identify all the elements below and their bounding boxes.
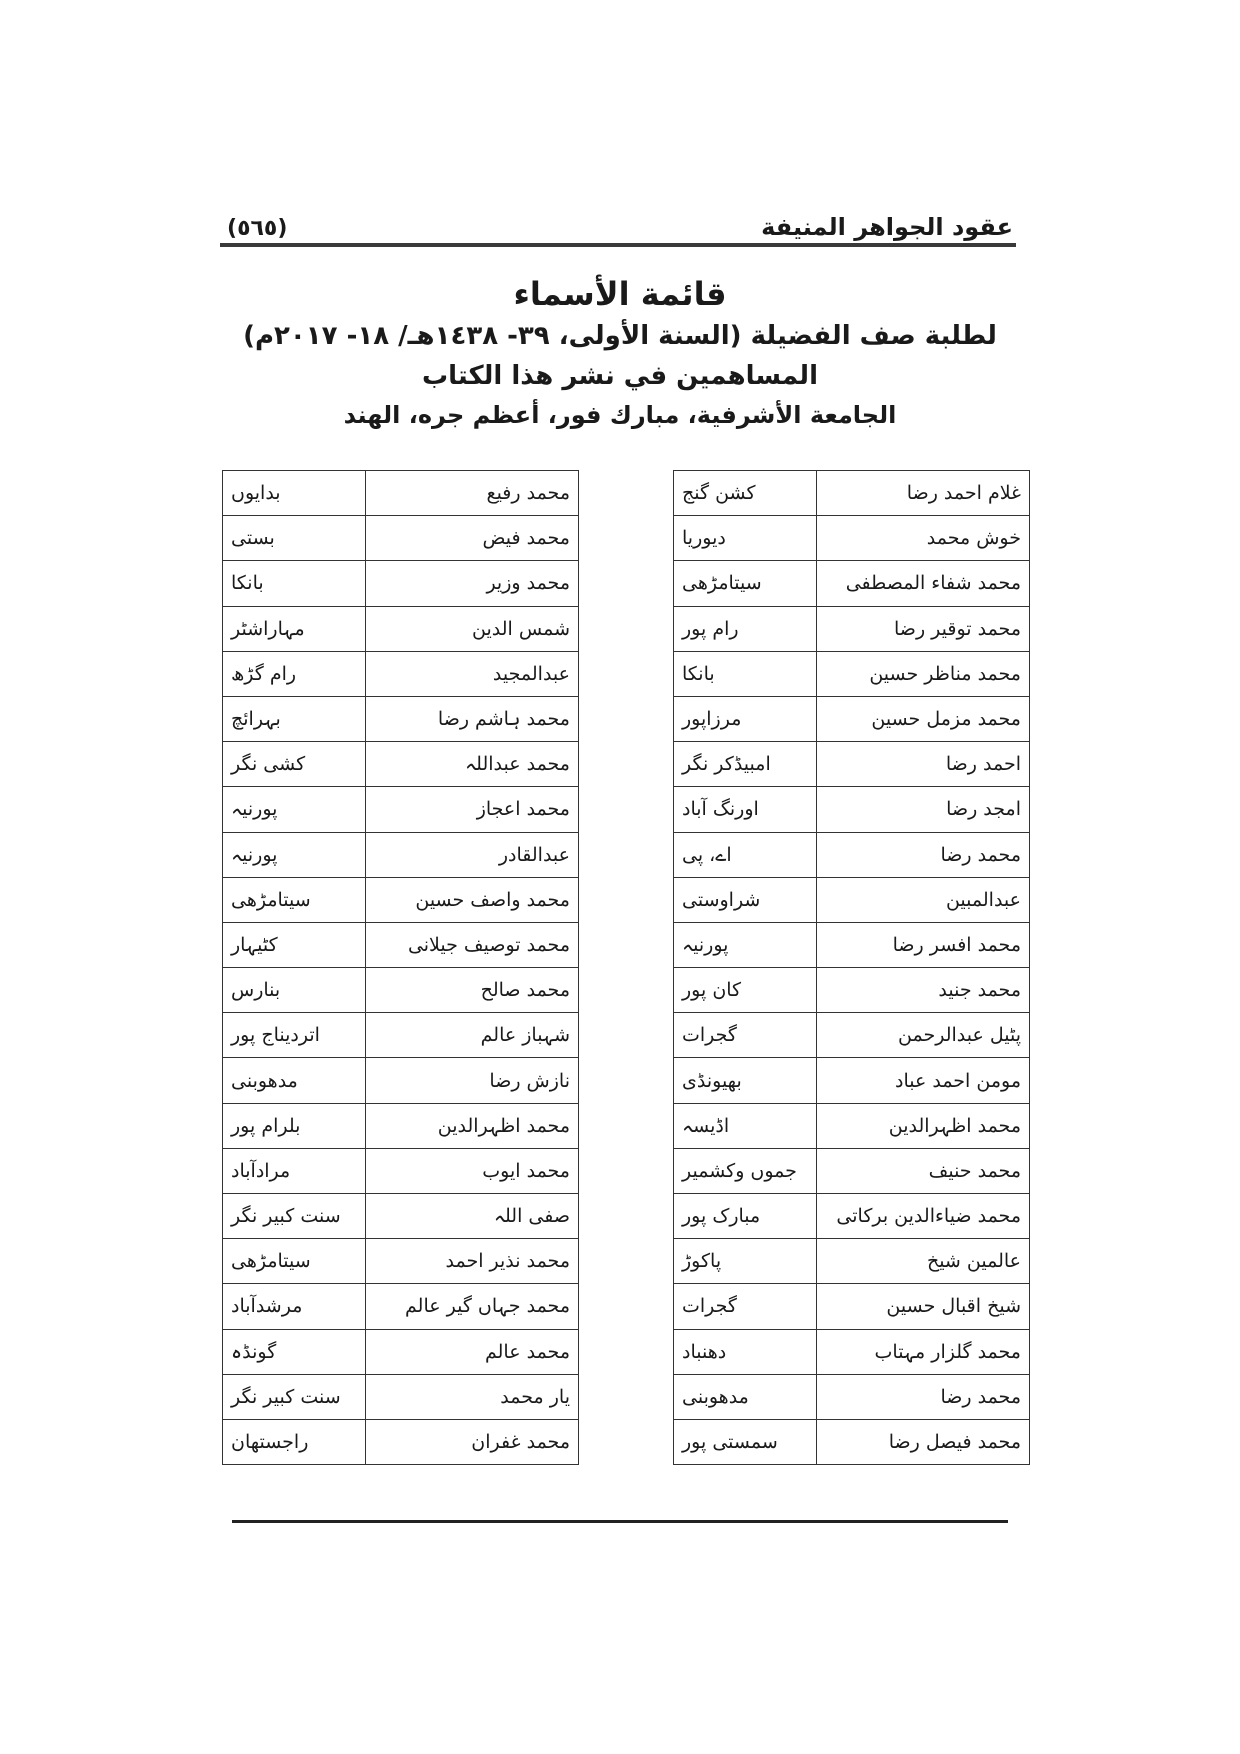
table-row: محمد توقیر رضارام پور: [674, 606, 1030, 651]
table-row: امجد رضااورنگ آباد: [674, 787, 1030, 832]
table-row: نازش رضامدھوبنی: [223, 1058, 579, 1103]
place-cell: کٹیہار: [223, 922, 366, 967]
student-name-cell: محمد صالح: [366, 968, 579, 1013]
student-name-cell: محمد ایوب: [366, 1148, 579, 1193]
place-cell: راجستھان: [223, 1419, 366, 1464]
table-row: عالمین شیخپاکوڑ: [674, 1239, 1030, 1284]
names-table-left-body: محمد رفیعبدایوںمحمد فیضبستیمحمد وزیربانک…: [223, 471, 579, 1465]
student-name-cell: محمد مناظر حسین: [817, 651, 1030, 696]
place-cell: پاکوڑ: [674, 1239, 817, 1284]
student-name-cell: محمد افسر رضا: [817, 922, 1030, 967]
place-cell: سنت کبیر نگر: [223, 1194, 366, 1239]
header-divider: [220, 243, 1016, 247]
student-name-cell: شیخ اقبال حسین: [817, 1284, 1030, 1329]
names-table-right-body: غلام احمد رضاکشن گنجخوش محمددیوریامحمد ش…: [674, 471, 1030, 1465]
table-row: محمد شفاء المصطفیسیتامڑھی: [674, 561, 1030, 606]
student-name-cell: محمد عبداللہ: [366, 742, 579, 787]
title-block: قائمة الأسماء لطلبة صف الفضيلة (السنة ال…: [200, 272, 1040, 434]
student-name-cell: محمد واصف حسین: [366, 877, 579, 922]
place-cell: بلرام پور: [223, 1103, 366, 1148]
student-name-cell: محمد اظہرالدین: [366, 1103, 579, 1148]
table-row: محمد عبداللہکشی نگر: [223, 742, 579, 787]
names-table-left: محمد رفیعبدایوںمحمد فیضبستیمحمد وزیربانک…: [222, 470, 579, 1465]
student-name-cell: غلام احمد رضا: [817, 471, 1030, 516]
running-header: (٥٦٥) عقود الجواهر المنيفة: [227, 205, 1013, 241]
student-name-cell: محمد فیصل رضا: [817, 1419, 1030, 1464]
table-row: شمس الدینمہاراشٹر: [223, 606, 579, 651]
student-name-cell: محمد فیض: [366, 516, 579, 561]
table-row: محمد نذیر احمدسیتامڑھی: [223, 1239, 579, 1284]
place-cell: مرشدآباد: [223, 1284, 366, 1329]
student-name-cell: محمد غفران: [366, 1419, 579, 1464]
table-row: شہباز عالماتردیناج پور: [223, 1013, 579, 1058]
place-cell: سیتامڑھی: [674, 561, 817, 606]
table-row: محمد اظہرالدیناڈیسہ: [674, 1103, 1030, 1148]
table-row: محمد فیضبستی: [223, 516, 579, 561]
student-name-cell: محمد توصیف جیلانی: [366, 922, 579, 967]
student-name-cell: محمد حنیف: [817, 1148, 1030, 1193]
student-name-cell: محمد رضا: [817, 1374, 1030, 1419]
table-row: پٹیل عبدالرحمنگجرات: [674, 1013, 1030, 1058]
place-cell: بنارس: [223, 968, 366, 1013]
table-row: یار محمدسنت کبیر نگر: [223, 1374, 579, 1419]
table-row: عبدالقادرپورنیہ: [223, 832, 579, 877]
page-subtitle: لطلبة صف الفضيلة (السنة الأولى، ٣٩- ١٤٣٨…: [200, 316, 1040, 356]
student-name-cell: نازش رضا: [366, 1058, 579, 1103]
table-row: محمد وزیربانکا: [223, 561, 579, 606]
table-row: عبدالمبینشراوستی: [674, 877, 1030, 922]
table-row: محمد فیصل رضاسمستی پور: [674, 1419, 1030, 1464]
table-row: غلام احمد رضاکشن گنج: [674, 471, 1030, 516]
table-row: محمد صالحبنارس: [223, 968, 579, 1013]
student-name-cell: امجد رضا: [817, 787, 1030, 832]
place-cell: مبارک پور: [674, 1194, 817, 1239]
place-cell: کشن گنج: [674, 471, 817, 516]
student-name-cell: محمد جہاں گیر عالم: [366, 1284, 579, 1329]
contributors-heading: المساهمين في نشر هذا الكتاب: [200, 356, 1040, 396]
student-name-cell: محمد گلزار مہتاب: [817, 1329, 1030, 1374]
table-row: محمد رفیعبدایوں: [223, 471, 579, 516]
place-cell: سنت کبیر نگر: [223, 1374, 366, 1419]
table-row: محمد مزمل حسینمرزاپور: [674, 696, 1030, 741]
table-row: محمد ایوبمرادآباد: [223, 1148, 579, 1193]
table-row: خوش محمددیوریا: [674, 516, 1030, 561]
table-row: محمد ضیاءالدین برکاتیمبارک پور: [674, 1194, 1030, 1239]
place-cell: امبیڈکر نگر: [674, 742, 817, 787]
place-cell: بہرائچ: [223, 696, 366, 741]
student-name-cell: محمد مزمل حسین: [817, 696, 1030, 741]
place-cell: کشی نگر: [223, 742, 366, 787]
table-row: شیخ اقبال حسینگجرات: [674, 1284, 1030, 1329]
place-cell: شراوستی: [674, 877, 817, 922]
student-name-cell: عالمین شیخ: [817, 1239, 1030, 1284]
student-name-cell: عبدالقادر: [366, 832, 579, 877]
table-row: محمد واصف حسینسیتامڑھی: [223, 877, 579, 922]
table-row: محمد توصیف جیلانیکٹیہار: [223, 922, 579, 967]
place-cell: رام گڑھ: [223, 651, 366, 696]
place-cell: مدھوبنی: [674, 1374, 817, 1419]
place-cell: جموں وکشمیر: [674, 1148, 817, 1193]
place-cell: دیوریا: [674, 516, 817, 561]
place-cell: اورنگ آباد: [674, 787, 817, 832]
student-name-cell: محمد نذیر احمد: [366, 1239, 579, 1284]
place-cell: سیتامڑھی: [223, 1239, 366, 1284]
student-name-cell: مومن احمد عباد: [817, 1058, 1030, 1103]
table-row: محمد غفرانراجستھان: [223, 1419, 579, 1464]
student-name-cell: محمد ہاشم رضا: [366, 696, 579, 741]
table-row: محمد اعجازپورنیہ: [223, 787, 579, 832]
table-row: صفی اللہسنت کبیر نگر: [223, 1194, 579, 1239]
footer-divider: [232, 1520, 1008, 1523]
table-row: مومن احمد عبادبھیونڈی: [674, 1058, 1030, 1103]
place-cell: رام پور: [674, 606, 817, 651]
table-row: محمد رضااے، پی: [674, 832, 1030, 877]
place-cell: اڈیسہ: [674, 1103, 817, 1148]
student-name-cell: محمد عالم: [366, 1329, 579, 1374]
student-name-cell: محمد اظہرالدین: [817, 1103, 1030, 1148]
place-cell: بانکا: [223, 561, 366, 606]
table-row: محمد جہاں گیر عالممرشدآباد: [223, 1284, 579, 1329]
table-row: محمد افسر رضاپورنیہ: [674, 922, 1030, 967]
student-name-cell: پٹیل عبدالرحمن: [817, 1013, 1030, 1058]
student-name-cell: عبدالمجید: [366, 651, 579, 696]
student-name-cell: شہباز عالم: [366, 1013, 579, 1058]
student-name-cell: صفی اللہ: [366, 1194, 579, 1239]
student-name-cell: خوش محمد: [817, 516, 1030, 561]
table-row: محمد عالمگونڈہ: [223, 1329, 579, 1374]
place-cell: بستی: [223, 516, 366, 561]
student-name-cell: محمد رضا: [817, 832, 1030, 877]
institution-line: الجامعة الأشرفية، مبارك فور، أعظم جره، ا…: [200, 396, 1040, 434]
table-row: عبدالمجیدرام گڑھ: [223, 651, 579, 696]
page-number: (٥٦٥): [227, 216, 287, 241]
student-name-cell: یار محمد: [366, 1374, 579, 1419]
page-title: قائمة الأسماء: [200, 272, 1040, 316]
place-cell: پورنیہ: [223, 832, 366, 877]
place-cell: پورنیہ: [674, 922, 817, 967]
student-name-cell: محمد اعجاز: [366, 787, 579, 832]
place-cell: مرادآباد: [223, 1148, 366, 1193]
place-cell: بدایوں: [223, 471, 366, 516]
student-name-cell: محمد رفیع: [366, 471, 579, 516]
student-name-cell: محمد توقیر رضا: [817, 606, 1030, 651]
table-row: محمد حنیفجموں وکشمیر: [674, 1148, 1030, 1193]
table-row: محمد گلزار مہتابدھنباد: [674, 1329, 1030, 1374]
table-row: محمد جنیدکان پور: [674, 968, 1030, 1013]
place-cell: گجرات: [674, 1013, 817, 1058]
student-name-cell: احمد رضا: [817, 742, 1030, 787]
place-cell: کان پور: [674, 968, 817, 1013]
table-row: محمد مناظر حسینبانکا: [674, 651, 1030, 696]
table-row: محمد اظہرالدینبلرام پور: [223, 1103, 579, 1148]
table-row: احمد رضاامبیڈکر نگر: [674, 742, 1030, 787]
place-cell: گونڈہ: [223, 1329, 366, 1374]
student-name-cell: شمس الدین: [366, 606, 579, 651]
student-name-cell: محمد جنید: [817, 968, 1030, 1013]
student-name-cell: محمد شفاء المصطفی: [817, 561, 1030, 606]
student-name-cell: عبدالمبین: [817, 877, 1030, 922]
student-name-cell: محمد ضیاءالدین برکاتی: [817, 1194, 1030, 1239]
student-name-cell: محمد وزیر: [366, 561, 579, 606]
place-cell: پورنیہ: [223, 787, 366, 832]
place-cell: سیتامڑھی: [223, 877, 366, 922]
table-row: محمد ہاشم رضابہرائچ: [223, 696, 579, 741]
place-cell: گجرات: [674, 1284, 817, 1329]
place-cell: اتردیناج پور: [223, 1013, 366, 1058]
table-row: محمد رضامدھوبنی: [674, 1374, 1030, 1419]
place-cell: مہاراشٹر: [223, 606, 366, 651]
place-cell: اے، پی: [674, 832, 817, 877]
book-title: عقود الجواهر المنيفة: [761, 213, 1013, 241]
place-cell: دھنباد: [674, 1329, 817, 1374]
place-cell: بھیونڈی: [674, 1058, 817, 1103]
place-cell: مرزاپور: [674, 696, 817, 741]
place-cell: مدھوبنی: [223, 1058, 366, 1103]
place-cell: بانکا: [674, 651, 817, 696]
place-cell: سمستی پور: [674, 1419, 817, 1464]
names-table-right: غلام احمد رضاکشن گنجخوش محمددیوریامحمد ش…: [673, 470, 1030, 1465]
